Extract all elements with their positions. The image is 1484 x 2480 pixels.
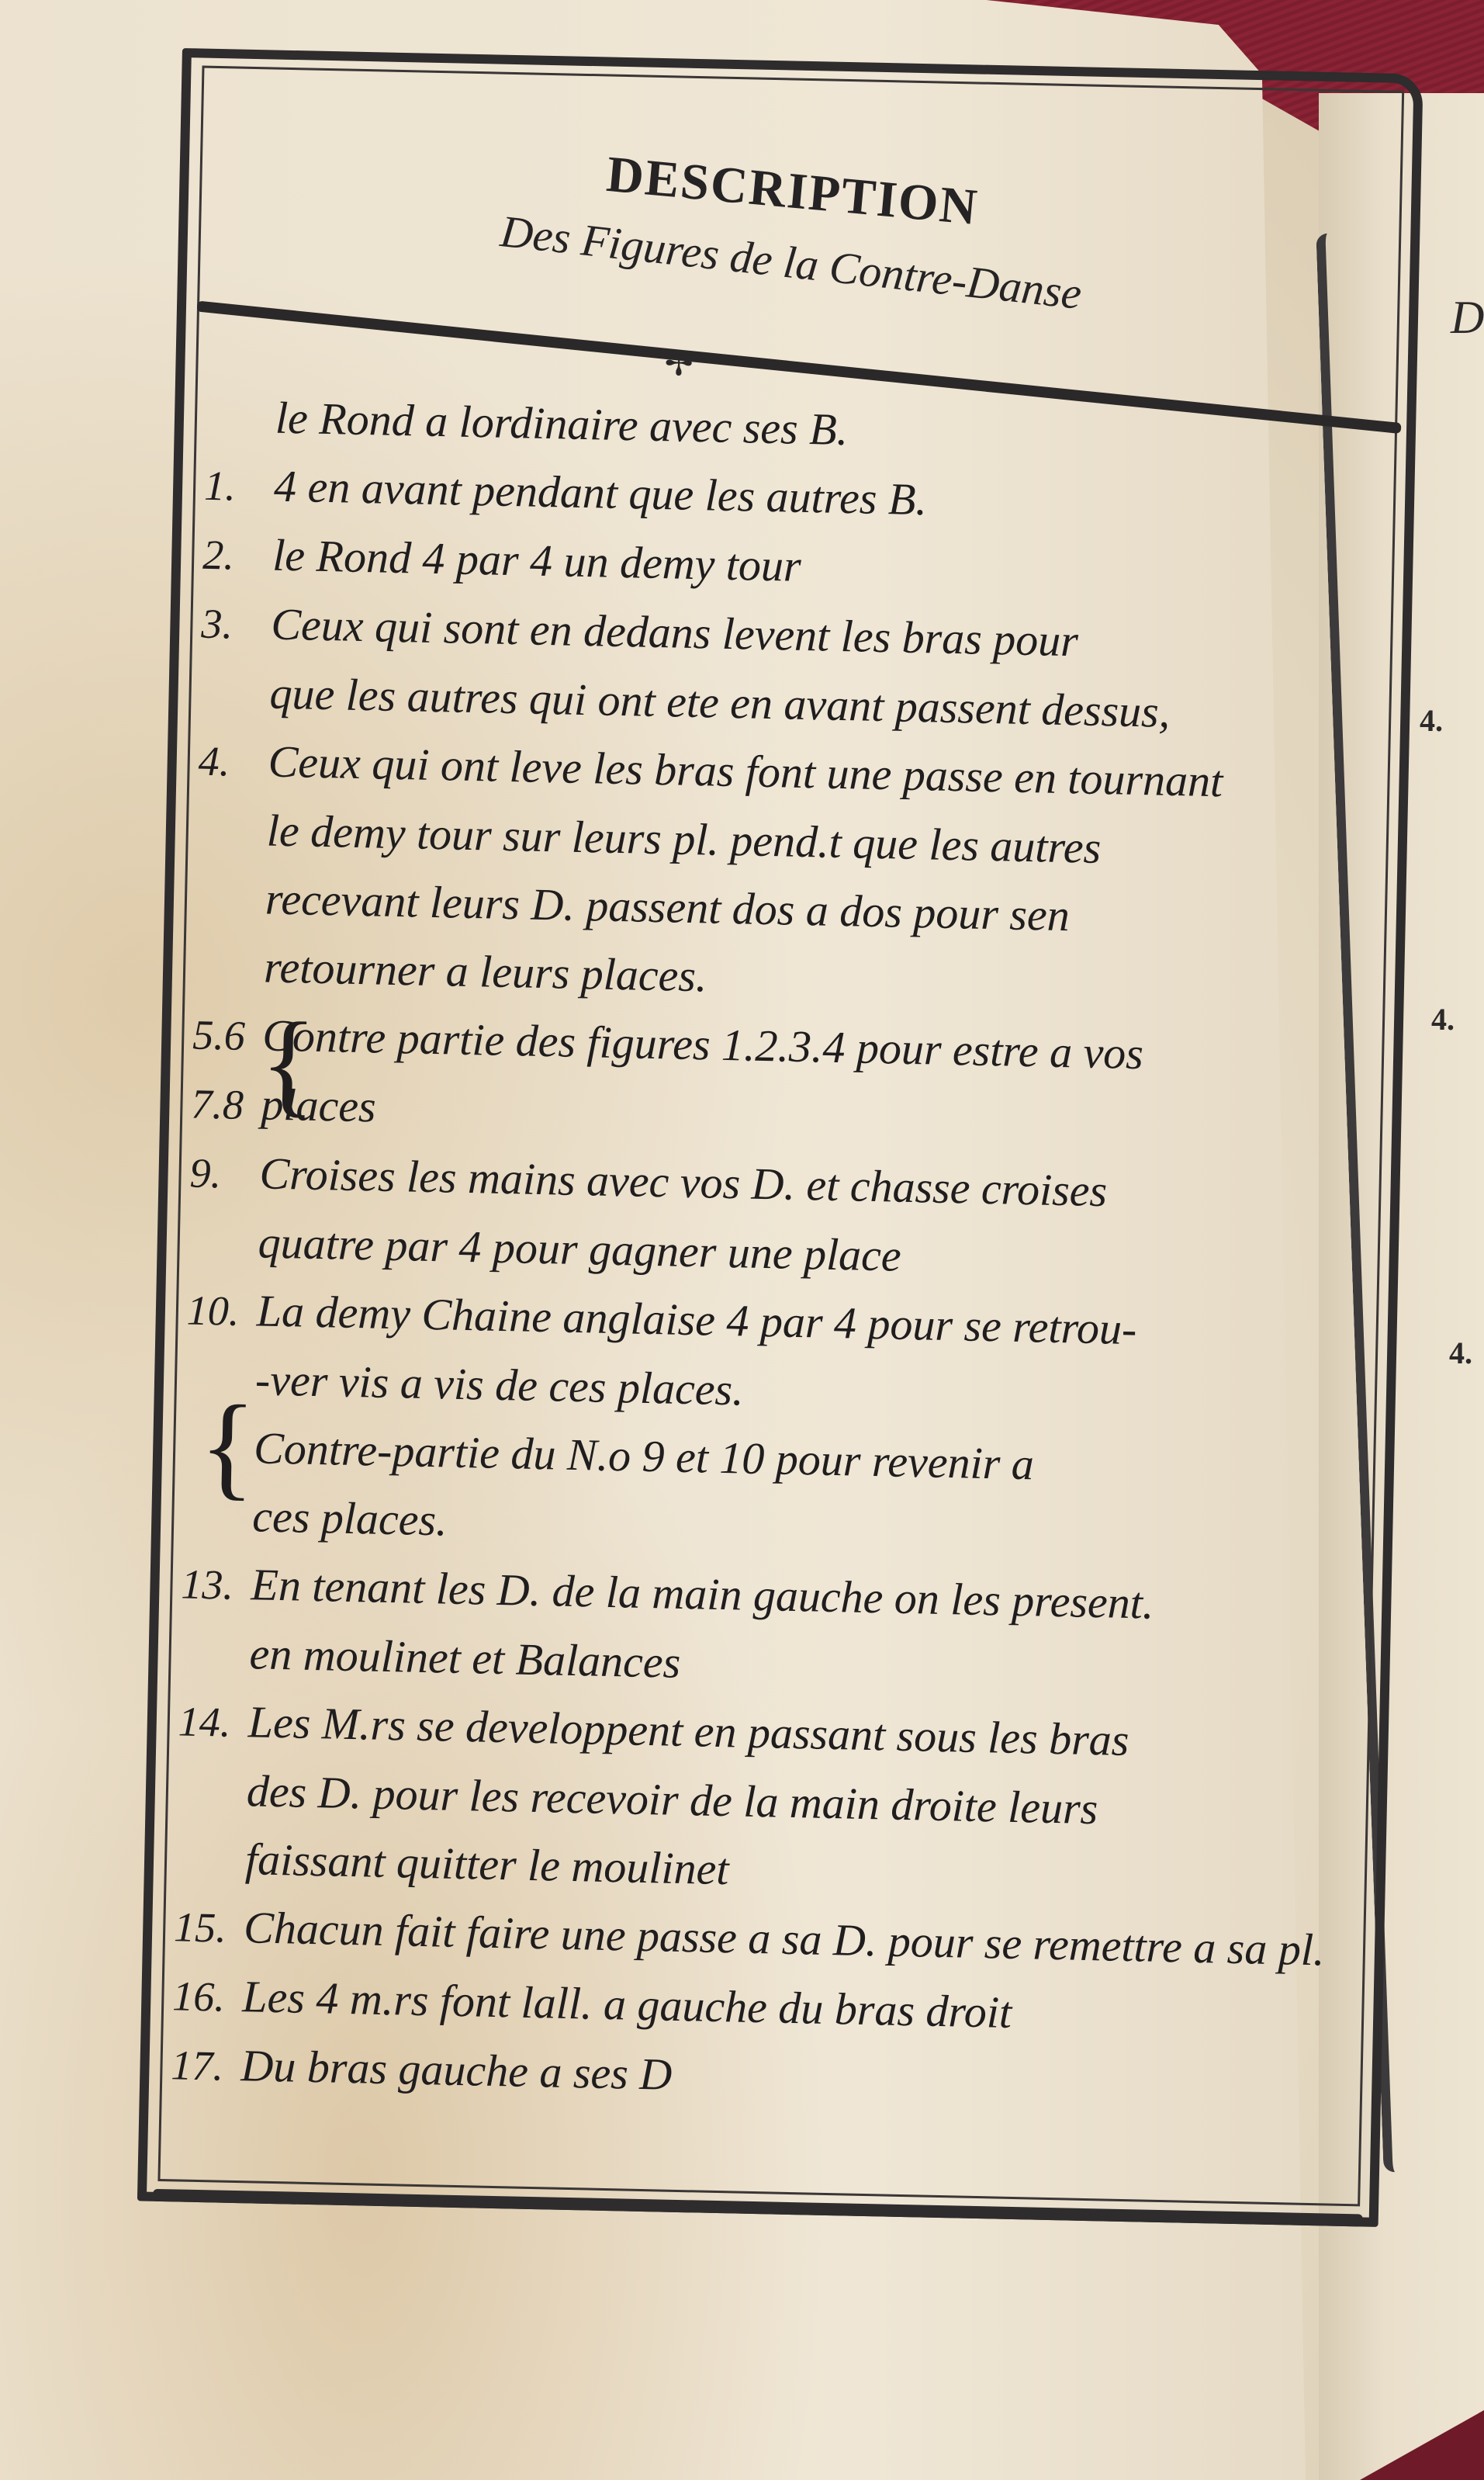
facing-page-marker: 4. <box>1449 1335 1472 1371</box>
bracket-5-8: { <box>259 1004 317 1121</box>
facing-page-heading-letter: D <box>1451 291 1484 345</box>
facing-page-marker: 4. <box>1420 702 1443 739</box>
figure-descriptions: le Rond a lordinaire avec ses B. 1.4 en … <box>171 383 1385 2124</box>
ornament-icon: ✢ <box>664 344 694 384</box>
facing-page-marker: 4. <box>1431 1001 1455 1037</box>
bracket-11-12: { <box>199 1387 257 1505</box>
engraved-plate: DESCRIPTION Des Figures de la Contre-Dan… <box>137 48 1423 2227</box>
title-block: DESCRIPTION Des Figures de la Contre-Dan… <box>209 150 1375 300</box>
